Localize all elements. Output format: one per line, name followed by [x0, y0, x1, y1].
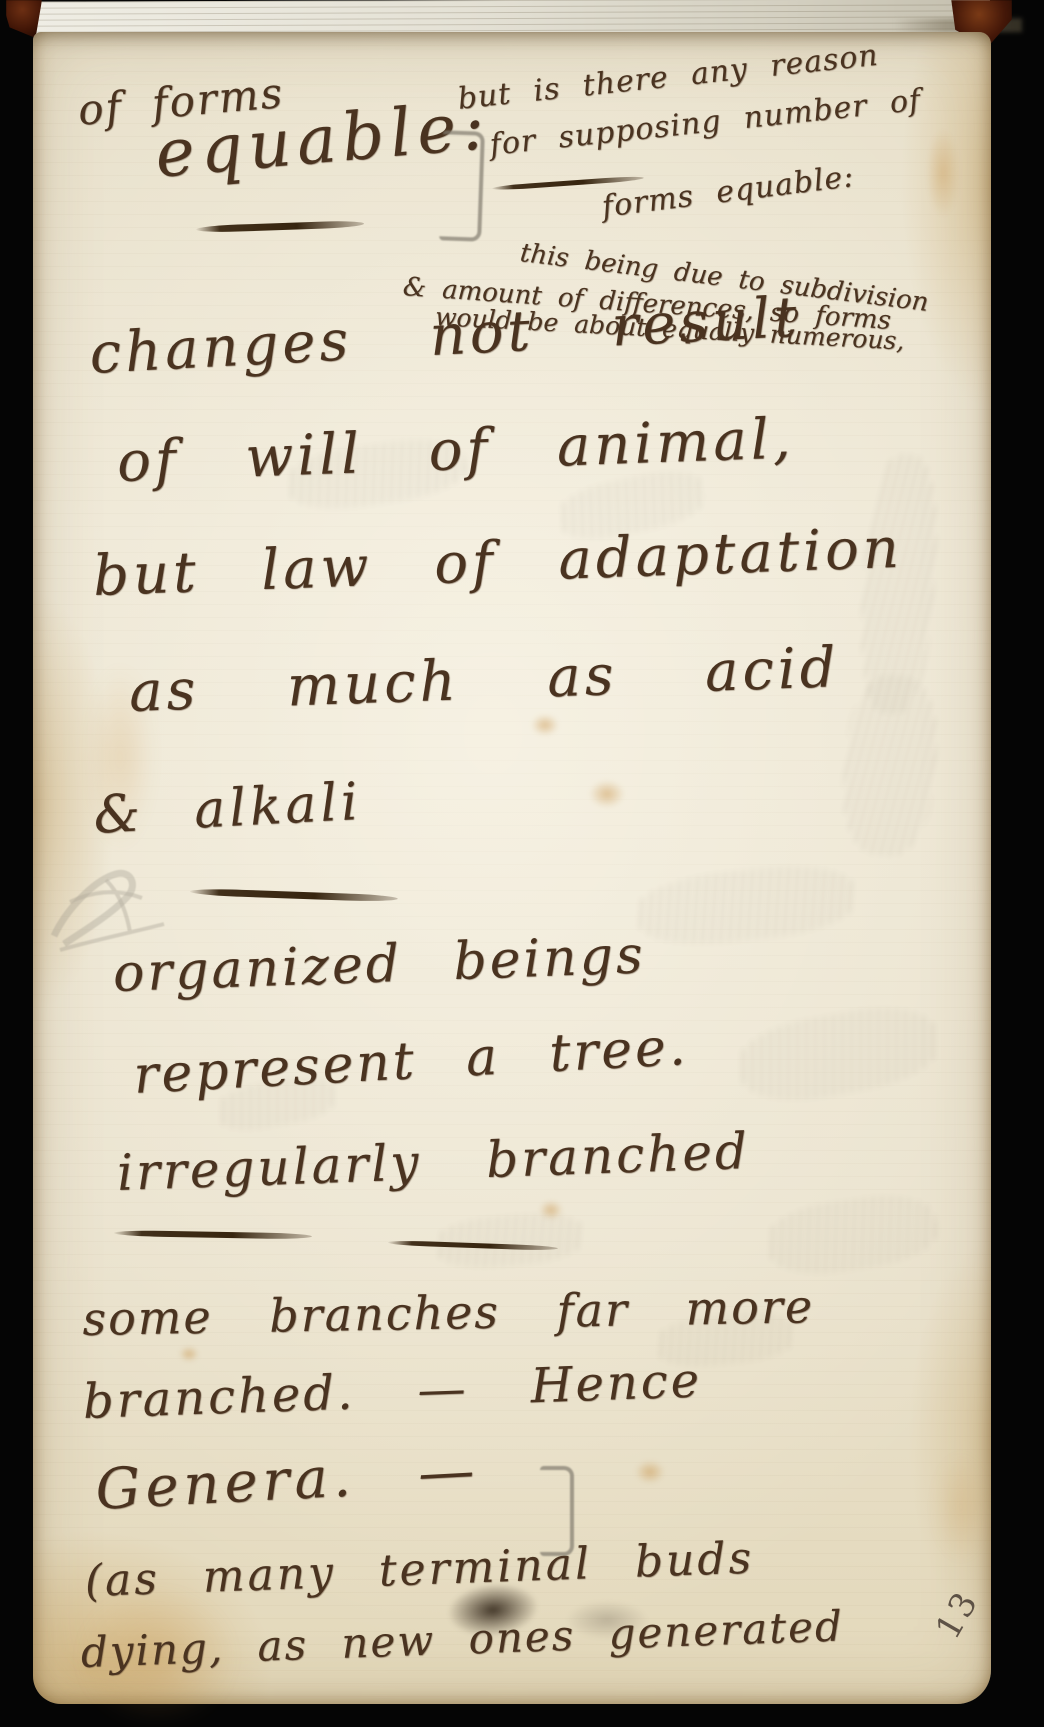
show-through-smudge: [633, 859, 859, 952]
paper-stain: [589, 780, 625, 808]
show-through-smudge: [433, 1209, 587, 1272]
paper-stain: [179, 1346, 199, 1362]
pencil-bracket-top: [439, 130, 485, 241]
show-through-smudge: [763, 1188, 941, 1281]
paper-stain: [635, 1460, 665, 1484]
show-through-smudge: [733, 997, 944, 1111]
ink-blot-offset: [565, 1600, 649, 1640]
paper-stain: [933, 1452, 989, 1562]
show-through-smudge: [837, 672, 942, 859]
paper-stain: [531, 714, 559, 736]
paper-stain: [926, 128, 960, 218]
paper-stain: [539, 1200, 563, 1220]
notebook-photograph: of forms equable: but is there any reaso…: [0, 0, 1044, 1727]
